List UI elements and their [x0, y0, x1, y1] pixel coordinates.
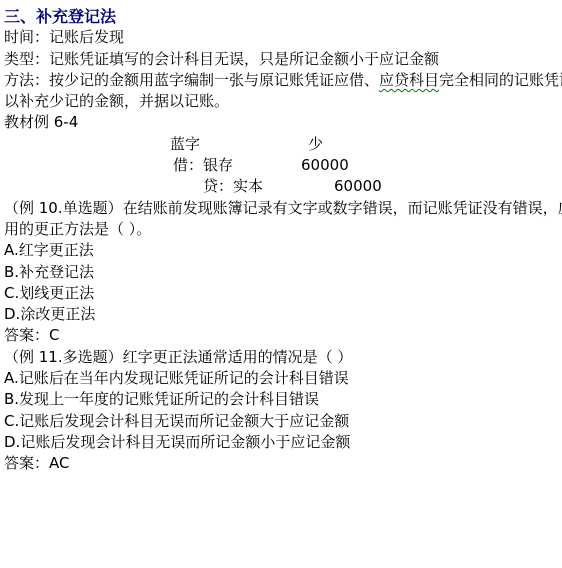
document-page: 三、补充登记法 时间：记账后发现 类型：记账凭证填写的会计科目无误，只是所记金额…	[0, 0, 562, 568]
debit-amount: 60000	[301, 156, 349, 174]
debit-label: 借：银存	[173, 156, 233, 174]
question-11-option-a: A.记账后在当年内发现记账凭证所记的会计科目错误	[4, 368, 558, 389]
textbook-example-line: 教材例 6-4	[4, 112, 558, 133]
time-line: 时间：记账后发现	[4, 27, 558, 48]
question-11-block: （例 11.多选题）红字更正法通常适用的情况是（ ） A.记账后在当年内发现记账…	[4, 347, 558, 475]
section-heading: 三、补充登记法	[4, 6, 558, 27]
question-10-option-c: C.划线更正法	[4, 283, 558, 304]
type-line: 类型：记账凭证填写的会计科目无误，只是所记金额小于应记金额	[4, 49, 558, 70]
method-prefix: 方法：按少记的金额用蓝字编制一张与原记账凭证应借、	[4, 71, 379, 89]
question-10-stem-line-2: 用的更正方法是（ ）。	[4, 219, 558, 240]
question-11-stem: （例 11.多选题）红字更正法通常适用的情况是（ ）	[4, 347, 558, 368]
question-10-answer: 答案：C	[4, 325, 558, 346]
journal-entry-header-row: 蓝字少	[4, 134, 558, 155]
journal-entry-debit-row: 借：银存60000	[4, 155, 558, 176]
question-11-answer: 答案：AC	[4, 453, 558, 474]
question-10-stem-line-1: （例 10.单选题）在结账前发现账簿记录有文字或数字错误，而记账凭证没有错误，应…	[4, 198, 558, 219]
question-10-option-d: D.涂改更正法	[4, 304, 558, 325]
journal-entry-credit-row: 贷：实本60000	[4, 176, 558, 197]
entry-header-blue-label: 蓝字	[170, 135, 200, 153]
spellcheck-flagged-text: 应贷科目	[379, 71, 439, 89]
journal-entry-block: 蓝字少 借：银存60000 贷：实本60000	[4, 134, 558, 198]
credit-label: 贷：实本	[203, 177, 263, 195]
question-10-block: （例 10.单选题）在结账前发现账簿记录有文字或数字错误，而记账凭证没有错误，应…	[4, 198, 558, 347]
entry-header-understated-label: 少	[308, 135, 323, 153]
question-11-option-c: C.记账后发现会计科目无误而所记金额大于应记金额	[4, 411, 558, 432]
method-line-1: 方法：按少记的金额用蓝字编制一张与原记账凭证应借、应贷科目完全相同的记账凭证，	[4, 70, 558, 91]
question-10-option-a: A.红字更正法	[4, 240, 558, 261]
credit-amount: 60000	[334, 177, 382, 195]
method-suffix: 完全相同的记账凭证，	[439, 71, 562, 89]
method-line-2: 以补充少记的金额，并据以记账。	[4, 91, 558, 112]
question-11-option-b: B.发现上一年度的记账凭证所记的会计科目错误	[4, 389, 558, 410]
question-10-option-b: B.补充登记法	[4, 262, 558, 283]
question-11-option-d: D.记账后发现会计科目无误而所记金额小于应记金额	[4, 432, 558, 453]
